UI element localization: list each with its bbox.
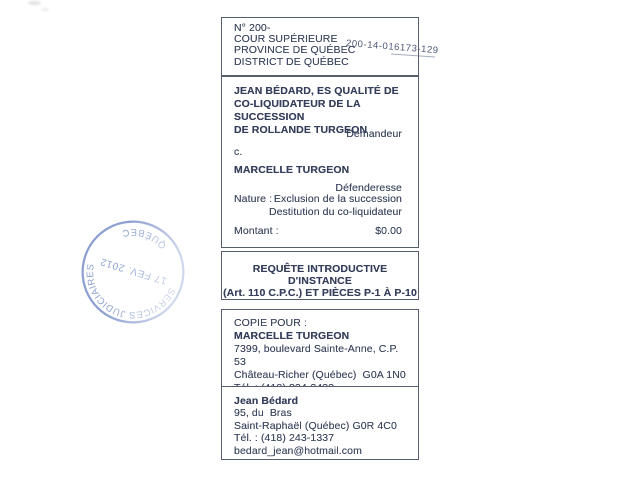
scan-smudge	[41, 8, 49, 11]
nature-label: Nature :	[234, 193, 272, 205]
filer-contact-box: Jean Bédard 95, du Bras Saint-Raphaël (Q…	[221, 386, 419, 460]
pleading-title-line-2: D'INSTANCE	[222, 275, 418, 287]
scanned-court-document-page: N° 200- COUR SUPÉRIEURE PROVINCE DE QUÉB…	[0, 0, 640, 491]
copy-for-box: COPIE POUR : MARCELLE TURGEON 7399, boul…	[221, 309, 419, 387]
filer-name: Jean Bédard	[234, 395, 408, 407]
pleading-title-line-3: (Art. 110 C.P.C.) ET PIÈCES P-1 À P-10	[222, 287, 418, 299]
copy-for-label: COPIE POUR :	[234, 317, 408, 330]
stamp-svg: SERVICES JUDICIAIRES QUÉBEC 17 FEV. 2012	[62, 201, 204, 343]
district: DISTRICT DE QUÉBEC	[234, 57, 408, 68]
nature-value: Exclusion de la succession Destitution d…	[269, 193, 402, 219]
filer-phone: Tél. : (418) 243-1337	[234, 432, 408, 444]
copy-address-line-2: Château-Richer (Québec) G0A 1N0	[234, 369, 408, 382]
versus: c.	[234, 146, 242, 158]
filer-address-line-1: 95, du Bras	[234, 407, 408, 419]
pleading-title-line-1: REQUÊTE INTRODUCTIVE	[222, 263, 418, 275]
svg-text:QUÉBEC: QUÉBEC	[117, 221, 171, 253]
amount-value: $0.00	[375, 225, 402, 237]
defendant-name: MARCELLE TURGEON	[234, 164, 349, 176]
pleading-title-box: REQUÊTE INTRODUCTIVE D'INSTANCE (Art. 11…	[221, 251, 419, 300]
copy-recipient-name: MARCELLE TURGEON	[234, 330, 408, 343]
amount-label: Montant :	[234, 225, 279, 237]
stamp-date: 17 FEV. 2012	[99, 255, 168, 286]
filer-email: bedard_jean@hotmail.com	[234, 445, 408, 457]
stamp-arc-bottom-text: QUÉBEC	[117, 221, 171, 253]
plaintiff-role: Demandeur	[346, 128, 402, 140]
court-date-stamp: SERVICES JUDICIAIRES QUÉBEC 17 FEV. 2012	[76, 215, 190, 329]
scan-smudge	[28, 1, 41, 5]
copy-address-line-1: 7399, boulevard Sainte-Anne, C.P. 53	[234, 343, 408, 369]
filer-address-line-2: Saint-Raphaël (Québec) G0R 4C0	[234, 420, 408, 432]
parties-box: JEAN BÉDARD, ES QUALITÉ DE CO-LIQUIDATEU…	[221, 76, 419, 248]
